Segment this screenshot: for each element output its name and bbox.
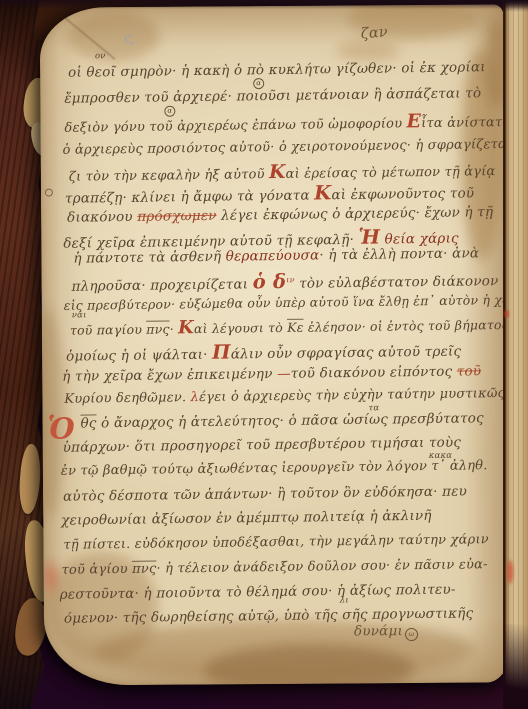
manuscript-line-10: πληροῦσα· προχειρίζεται ὁ διν τὸν εὐλαβέ…	[71, 269, 498, 295]
superscript-correction: λι	[340, 595, 349, 605]
handwritten-text-block: ζαν Ὁ δυνάμιω οἱ θεοῖ σμηρὸν· ἡ κακὴ ὁ π…	[40, 4, 509, 685]
manuscript-line-1: οἱ θεοῖ σμηρὸν· ἡ κακὴ ὁ πὸ κυκλήτω γίζω…	[68, 59, 486, 80]
catchword: δυνάμιω	[354, 623, 418, 641]
superscript-correction: ον	[95, 51, 106, 61]
manuscript-line-18: ἐν τῷ βαθμῷ τούτῳ ἀξιωθέντας ἱερουργεῖν …	[61, 458, 488, 479]
manuscript-page: ς ζαν Ὁ δυνάμιω οἱ θεοῖ σμηρὸν· ἡ κακὴ ὁ…	[40, 4, 509, 685]
manuscript-photo: { "manuscript": { "folio_mark": "ζαν", "…	[0, 0, 528, 709]
manuscript-line-19: αὐτὸς δέσποτα τῶν ἁπάντων· ἢ τοῦτον ὃν ε…	[63, 483, 467, 504]
catchword-circle-icon: ω	[405, 628, 418, 641]
manuscript-line-12: τοῦ παγίου πνς· Καὶ λέγουσι τὸ Κε ἐλέησο…	[70, 315, 509, 339]
manuscript-line-2: ἔμπροσθεν τοῦ ἀρχιερέ· ποιοῦσι μετάνοιαν…	[64, 85, 481, 106]
manuscript-line-16: θς ὁ ἄναρχος ἡ ἀτελεύτητος· ὁ πᾶσα ὡσίως…	[80, 410, 483, 431]
superscript-correction: κακα	[429, 451, 453, 461]
manuscript-line-13: ὁμοίως ἡ οἱ ψάλται· Πάλιν οὖν σφραγίσας …	[66, 339, 461, 364]
manuscript-line-15: Κυρίου δεηθῶμεν. λέγει ὁ ἀρχιερεὺς τὴν ε…	[64, 386, 508, 407]
manuscript-line-21: τῇ πίστει. εὐδόκησον ὑποδέξασθαι, τὴν με…	[63, 532, 489, 553]
fore-edge-shadow	[503, 624, 528, 709]
manuscript-line-23: ρεστοῦντα· ἡ ποιοῦντα τὸ θέλημά σου· ἡ ἀ…	[60, 582, 456, 603]
red-edge-mark	[504, 310, 509, 318]
circled-letter-note: α	[164, 106, 175, 117]
circled-letter-note: α	[253, 78, 264, 89]
manuscript-line-22: τοῦ ἁγίου πνς· ἡ τέλειον ἀνάδειξον δοῦλο…	[61, 557, 487, 578]
superscript-correction: τα	[368, 403, 379, 413]
superscript-correction: ναι	[72, 310, 87, 320]
red-edge-mark	[507, 560, 513, 584]
folio-mark: ζαν	[360, 24, 388, 42]
manuscript-line-3: δεξιὸν γόνυ τοῦ ἀρχιερέως ἐπάνω τοῦ ὠμοφ…	[64, 111, 508, 136]
manuscript-line-20: χειροθωνίαι ἀξίωσον ἐν ἀμέμπτῳ πολιτείᾳ …	[61, 508, 432, 529]
manuscript-line-14: ἡ τὴν χεῖρα ἔχων ἐπικειμένην —τοῦ διακόν…	[62, 363, 481, 384]
manuscript-line-17: ὑπάρχων· ὅτι προσηγορεῖ τοῦ πρεσβυτέρου …	[63, 434, 462, 455]
manuscript-line-4: ὁ ἀρχιερεὺς προσιόντος αὐτοῦ· ὁ χειροτον…	[63, 137, 509, 158]
manuscript-line-11: εἰς πρεσβύτερον· εὐξώμεθα οὖν ὑπὲρ αὐτοῦ…	[64, 292, 509, 313]
manuscript-line-7: διακόνου πρόσχωμεν λέγει ἐκφώνως ὁ ἀρχιε…	[67, 204, 493, 226]
manuscript-line-6: τραπέζῃ· κλίνει ἡ ἄμφω τὰ γόνατα Καὶ ἐκφ…	[65, 181, 475, 206]
book-fore-edge	[503, 0, 528, 709]
top-shadow	[0, 0, 528, 9]
